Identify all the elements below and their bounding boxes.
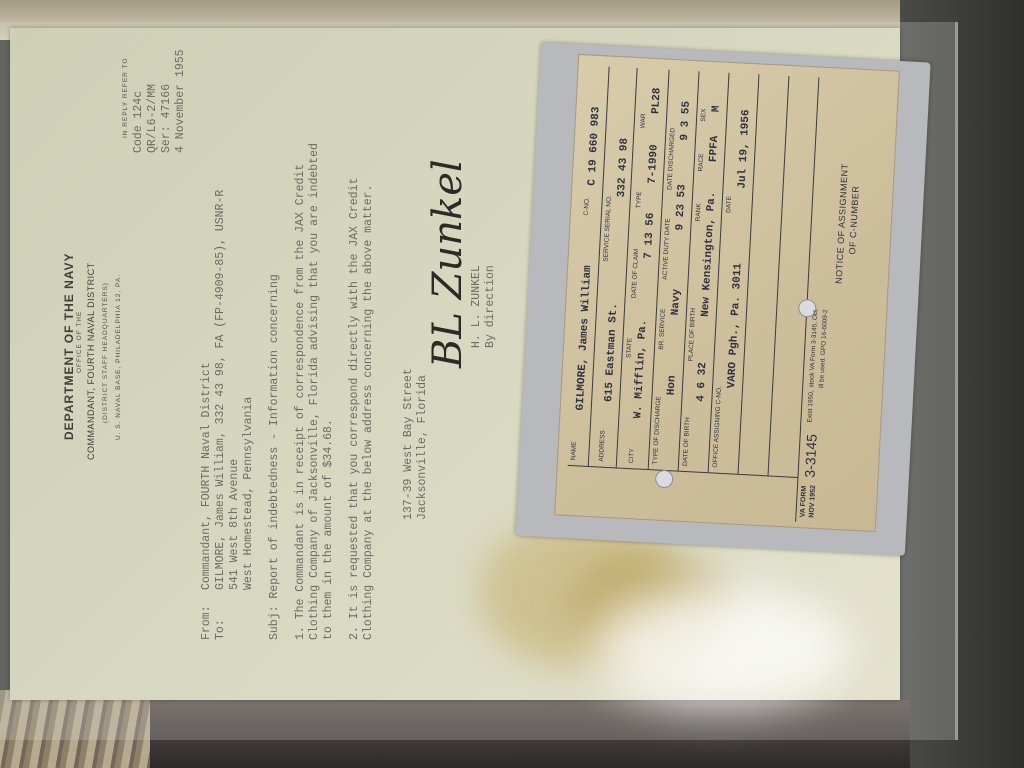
reply-serial: Ser: 47166 xyxy=(160,84,173,153)
date-of-birth-value: 4 6 32 xyxy=(695,362,709,402)
date-discharged-label: DATE DISCHARGED xyxy=(666,128,676,190)
active-duty-date-label: ACTIVE DUTY DATE xyxy=(662,218,672,280)
card-title: OF C-NUMBER xyxy=(847,185,861,254)
reply-code: Code 124c xyxy=(132,91,145,153)
letterhead-department: DEPARTMENT OF THE NAVY xyxy=(62,252,76,440)
card-rule xyxy=(568,465,798,478)
to-line: 541 West 8th Avenue xyxy=(228,459,241,590)
reply-label: IN REPLY REFER TO xyxy=(122,58,129,138)
from-label: From: xyxy=(200,605,213,640)
paragraph-1-line: to them in the amount of $34.68. xyxy=(322,419,335,640)
signer-name: H. L. ZUNKEL xyxy=(470,265,483,348)
to-line: West Homestead, Pennsylvania xyxy=(242,397,255,590)
service-serial-label: SERVICE SERIAL NO. xyxy=(602,195,612,262)
signature: BL Zunkel xyxy=(425,159,471,368)
c-no-label: C-NO. xyxy=(583,197,591,216)
type-of-discharge-value: Hon xyxy=(666,375,679,395)
from-value: Commandant, FOURTH Naval District xyxy=(200,362,213,590)
sex-label: SEX xyxy=(700,108,708,121)
date-of-claim-label: DATE OF CLAIM xyxy=(631,249,641,299)
rank-label: RANK xyxy=(695,203,703,221)
signer-note: By direction xyxy=(484,265,497,348)
br-service-value: Navy xyxy=(670,289,683,316)
active-duty-date-value: 9 23 53 xyxy=(674,184,688,231)
reply-date: 4 November 1955 xyxy=(174,49,187,153)
date-value: Jul 19, 1956 xyxy=(736,109,752,189)
war-value: PL28 xyxy=(650,87,663,114)
paragraph-2-line: 2. It is requested that you correspond d… xyxy=(348,178,361,640)
sleeve-glare xyxy=(590,588,850,708)
service-serial-value: 332 43 98 xyxy=(616,138,631,198)
office-value: VARO Pgh., Pa. 3011 xyxy=(726,263,745,389)
paragraph-1-line: Clothing Company of Jacksonville, Florid… xyxy=(308,143,321,640)
type-label: TYPE xyxy=(635,191,643,208)
paragraph-1-line: 1. The Commandant is in receipt of corre… xyxy=(294,164,307,640)
type-of-discharge-label: TYPE OF DISCHARGE xyxy=(652,396,663,465)
card-title: NOTICE OF ASSIGNMENT xyxy=(834,163,850,284)
reply-ref: QR/L6-2/MM xyxy=(146,84,159,153)
to-line: GILMORE, James William, 332 43 98, FA (F… xyxy=(214,190,227,590)
br-service-label: BR. SERVICE xyxy=(658,308,667,349)
form-label: VA FORM xyxy=(799,486,808,518)
sex-value: M xyxy=(710,105,722,112)
form-note: ill be used. GPO 16-6009-2 xyxy=(818,309,829,388)
paragraph-2-line: Clothing Company at the below address co… xyxy=(362,185,375,640)
date-discharged-value: 9 3 55 xyxy=(679,101,693,141)
letterhead-hq: (DISTRICT STAFF HEADQUARTERS) xyxy=(102,282,109,423)
to-label: To: xyxy=(214,619,227,640)
date-label: DATE xyxy=(725,196,733,213)
letterhead-address: U. S. NAVAL BASE, PHILADELPHIA 12, PA. xyxy=(115,274,122,440)
va-c-number-card: NAME GILMORE, James William C-NO. C 19 6… xyxy=(554,54,900,532)
place-of-birth-label: PLACE OF BIRTH xyxy=(687,308,697,362)
rank-value: FPFA xyxy=(708,135,721,162)
punch-hole xyxy=(655,470,674,489)
card-rule xyxy=(768,76,790,476)
date-of-claim-value: 7 13 56 xyxy=(643,212,657,259)
city-label: CITY xyxy=(628,448,636,463)
war-label: WAR xyxy=(640,113,648,128)
c-no-value: C 19 660 983 xyxy=(586,106,602,186)
creditor-address-line: 137-39 West Bay Street xyxy=(402,368,415,520)
form-date: NOV 1952 xyxy=(808,485,817,518)
letterhead-commandant: COMMANDANT, FOURTH NAVAL DISTRICT xyxy=(86,262,96,460)
race-label: RACE xyxy=(697,153,705,171)
address-value: 615 Eastman St. xyxy=(603,303,620,403)
form-note: Exist 1950, xyxy=(806,390,815,422)
state-label: STATE xyxy=(625,338,633,358)
name-label: NAME xyxy=(570,441,578,460)
subject-line: Subj: Report of indebtedness - Informati… xyxy=(268,274,281,640)
date-of-birth-label: DATE OF BIRTH xyxy=(682,417,692,466)
type-value: 7-1990 xyxy=(647,144,661,184)
place-of-birth-value: New Kensington, Pa. xyxy=(700,191,719,317)
letterhead-office-of: OFFICE OF THE xyxy=(76,311,83,373)
creditor-address-line: Jacksonville, Florida xyxy=(416,375,429,520)
office-label: OFFICE ASSIGNING C-NO. xyxy=(712,386,723,468)
form-note: stock VA Form 3-3145, Oct. xyxy=(808,308,819,388)
address-label: ADDRESS xyxy=(598,430,607,462)
form-number: 3-3145 xyxy=(801,434,819,478)
city-value: W. Mifflin, Pa. xyxy=(632,319,649,419)
